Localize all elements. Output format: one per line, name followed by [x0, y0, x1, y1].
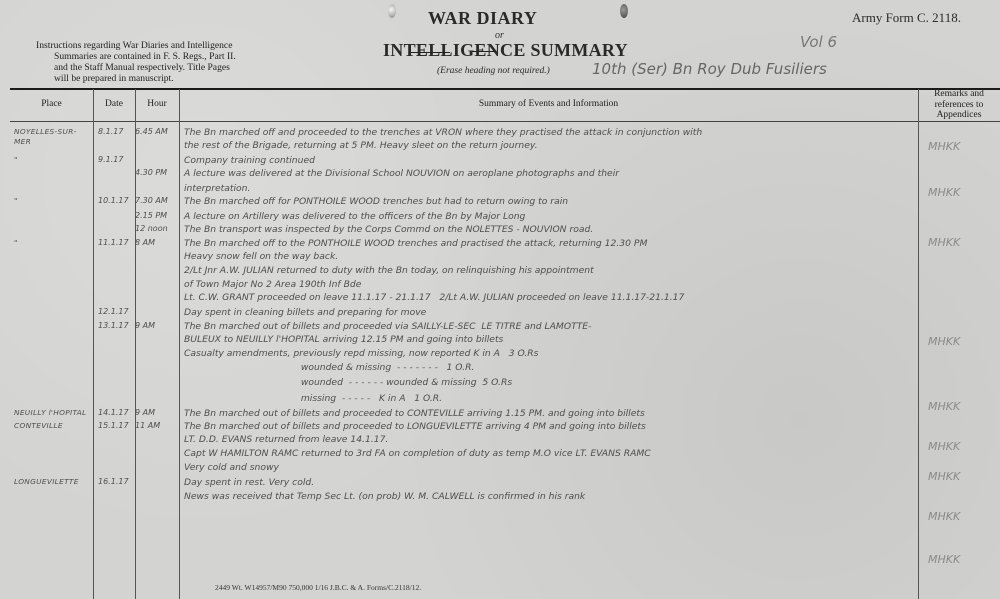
column-header-remarks: Remarks and references to Appendices	[918, 89, 1000, 121]
entry-date: 13.1.17	[98, 321, 130, 330]
entry-text: 2/Lt Jnr A.W. JULIAN returned to duty wi…	[184, 265, 594, 276]
strikethrough	[472, 51, 496, 52]
entry-date: 14.1.17	[98, 408, 130, 417]
print-footer: 2449 Wt. W14957/M90 750,000 1/16 J.B.C. …	[215, 583, 421, 592]
remarks-initials: MHKK	[928, 186, 960, 199]
pin-hole	[388, 4, 396, 18]
column-header-date: Date	[93, 99, 135, 109]
remarks-initials: MHKK	[928, 553, 960, 566]
entry-place: CONTEVILLE	[14, 421, 92, 431]
column-divider	[135, 89, 136, 599]
instructions-line: will be prepared in manuscript.	[36, 73, 276, 84]
column-divider	[93, 89, 94, 599]
remarks-initials: MHKK	[928, 140, 960, 153]
entry-place: LONGUEVILETTE	[14, 477, 92, 487]
column-header-summary: Summary of Events and Information	[179, 99, 918, 109]
entry-text: News was received that Temp Sec Lt. (on …	[184, 491, 585, 502]
remarks-header-line: Appendices	[918, 110, 1000, 121]
column-divider	[918, 89, 919, 599]
entry-text: Casualty amendments, previously repd mis…	[184, 348, 538, 359]
entry-text: the rest of the Brigade, returning at 5 …	[184, 140, 538, 151]
title-intelligence-summary: INTELLIGENCE SUMMARY	[383, 40, 628, 61]
entry-text: Lt. C.W. GRANT proceeded on leave 11.1.1…	[184, 292, 684, 303]
remarks-initials: MHKK	[928, 440, 960, 453]
entry-text: The Bn marched off and proceeded to the …	[184, 127, 702, 138]
entry-text: A lecture on Artillery was delivered to …	[184, 211, 525, 222]
table-header-rule	[10, 121, 1000, 122]
entry-text: wounded & missing - - - - - - - 1 O.R.	[184, 362, 474, 373]
entry-hour: 9 AM	[135, 408, 179, 417]
remarks-header-line: references to	[918, 100, 1000, 111]
remarks-initials: MHKK	[928, 400, 960, 413]
instructions-line: Instructions regarding War Diaries and I…	[36, 40, 276, 51]
entry-place: NOYELLES-SUR-MER	[14, 127, 92, 147]
instructions-line: and the Staff Manual respectively. Title…	[36, 62, 276, 73]
entry-date: 12.1.17	[98, 307, 130, 316]
entry-text: LT. D.D. EVANS returned from leave 14.1.…	[184, 434, 388, 445]
entry-place: "	[14, 196, 92, 206]
entry-text: A lecture was delivered at the Divisiona…	[184, 168, 619, 179]
table-top-rule	[10, 88, 1000, 90]
entry-text: The Bn marched out of billets and procee…	[184, 421, 646, 432]
entry-date: 15.1.17	[98, 421, 130, 430]
entry-text: The Bn transport was inspected by the Co…	[184, 224, 593, 235]
entry-date: 11.1.17	[98, 238, 130, 247]
entry-date: 10.1.17	[98, 196, 130, 205]
entry-text: of Town Major No 2 Area 190th Inf Bde	[184, 279, 361, 290]
title-war-diary: WAR DIARY	[428, 8, 537, 29]
entry-hour: 2.15 PM	[135, 211, 179, 220]
entry-text: The Bn marched out of billets and procee…	[184, 408, 645, 419]
entry-date: 9.1.17	[98, 155, 130, 164]
instructions-text: Instructions regarding War Diaries and I…	[36, 40, 276, 84]
remarks-initials: MHKK	[928, 510, 960, 523]
column-divider	[179, 89, 180, 599]
entry-text: Very cold and snowy	[184, 462, 279, 473]
column-header-place: Place	[10, 99, 93, 109]
entry-text: wounded - - - - - - wounded & missing 5 …	[184, 377, 512, 388]
entry-text: Day spent in rest. Very cold.	[184, 477, 314, 488]
entry-text: The Bn marched out of billets and procee…	[184, 321, 591, 332]
pin-hole	[620, 4, 628, 18]
entry-place: "	[14, 238, 92, 248]
entry-date: 8.1.17	[98, 127, 130, 136]
entry-date: 16.1.17	[98, 477, 130, 486]
entry-place: "	[14, 155, 92, 165]
remarks-header-line: Remarks and	[918, 89, 1000, 100]
entry-text: missing - - - - - K in A 1 O.R.	[184, 393, 442, 404]
remarks-initials: MHKK	[928, 470, 960, 483]
entry-hour: 4.30 PM	[135, 168, 179, 177]
strikethrough	[410, 52, 450, 53]
entry-text: Company training continued	[184, 155, 315, 166]
entry-text: BULEUX to NEUILLY l'HOPITAL arriving 12.…	[184, 334, 503, 345]
unit-name: 10th (Ser) Bn Roy Dub Fusiliers	[592, 60, 827, 78]
entry-text: The Bn marched off to the PONTHOILE WOOD…	[184, 238, 647, 249]
remarks-initials: MHKK	[928, 236, 960, 249]
column-header-hour: Hour	[135, 99, 179, 109]
entry-text: Capt W HAMILTON RAMC returned to 3rd FA …	[184, 448, 651, 459]
entry-hour: 6.45 AM	[135, 127, 179, 136]
entry-hour: 8 AM	[135, 238, 179, 247]
entry-text: The Bn marched off for PONTHOILE WOOD tr…	[184, 196, 568, 207]
entry-text: Heavy snow fell on the way back.	[184, 251, 338, 262]
entry-place: NEUILLY l'HOPITAL	[14, 408, 92, 418]
entry-hour: 12 noon	[135, 224, 179, 233]
entry-text: Day spent in cleaning billets and prepar…	[184, 307, 426, 318]
volume-number: Vol 6	[800, 33, 837, 51]
entry-hour: 7.30 AM	[135, 196, 179, 205]
instructions-line: Summaries are contained in F. S. Regs., …	[36, 51, 276, 62]
entry-hour: 11 AM	[135, 421, 179, 430]
army-form-number: Army Form C. 2118.	[852, 10, 961, 26]
remarks-initials: MHKK	[928, 335, 960, 348]
entry-hour: 9 AM	[135, 321, 179, 330]
erase-note: (Erase heading not required.)	[437, 66, 550, 76]
entry-text: interpretation.	[184, 183, 250, 194]
